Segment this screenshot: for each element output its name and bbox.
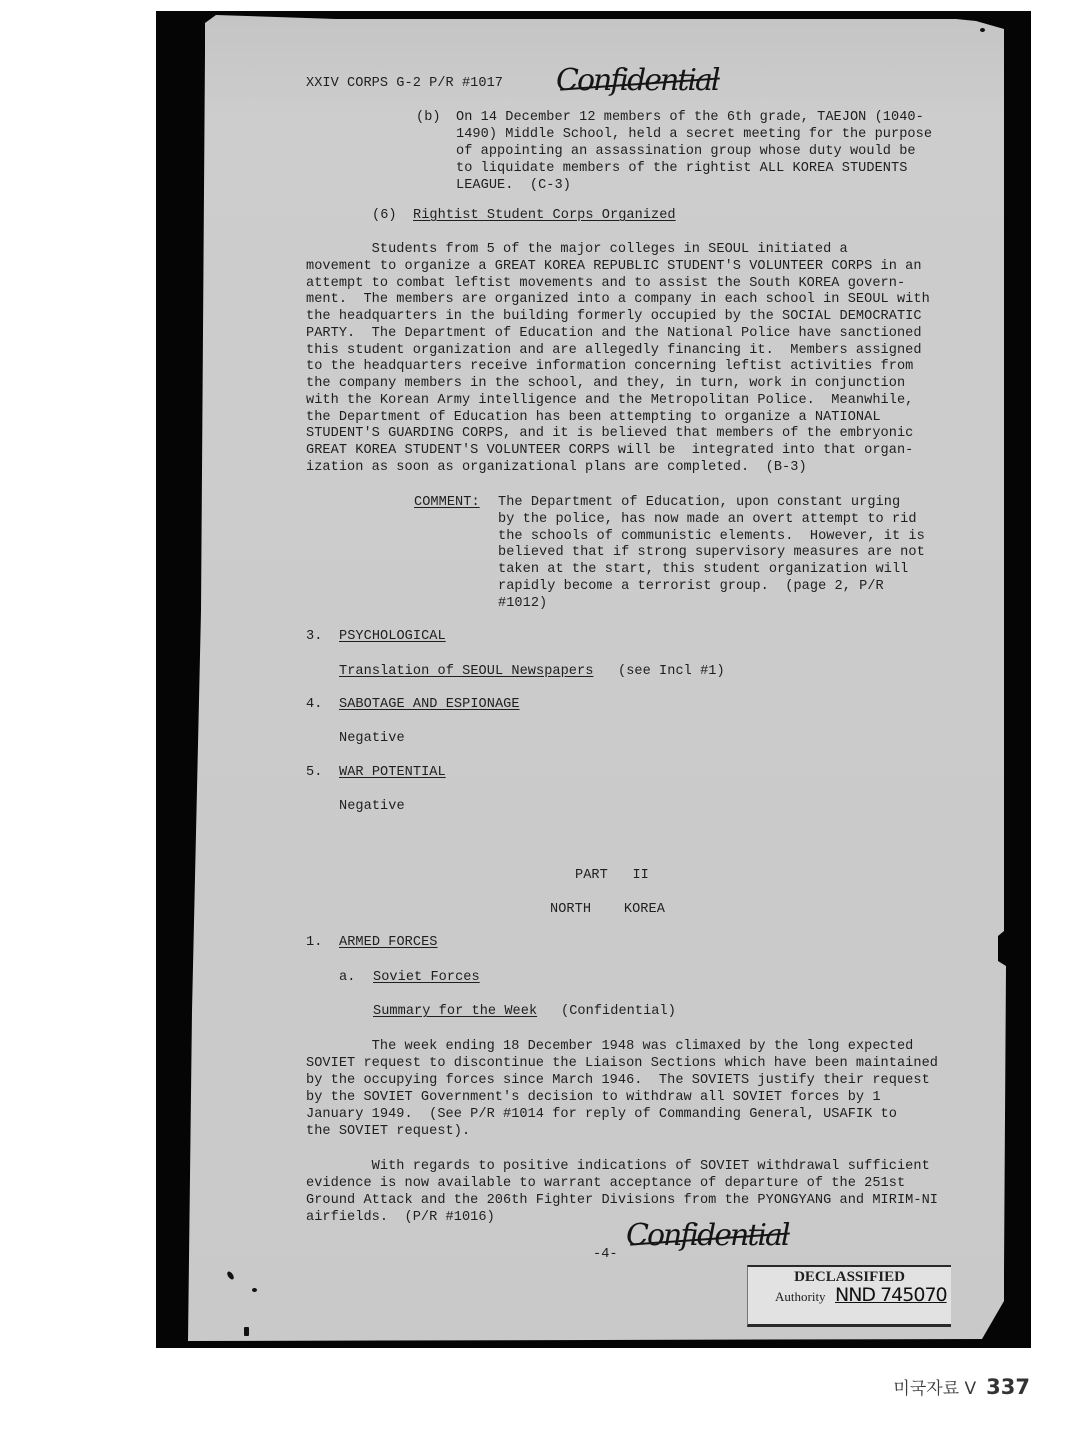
book-title: 미국자료 V [893,1379,976,1399]
armed-forces-title: ARMED FORCES [339,935,438,952]
text-line: #1012) [498,596,547,613]
book-footer: 미국자료 V337 [893,1374,1030,1399]
section-4-number: 4. [306,697,322,714]
part-subheading: NORTH KOREA [550,902,665,919]
summary-title: Summary for the Week [373,1004,537,1021]
text-line: movement to organize a GREAT KOREA REPUB… [306,259,922,276]
scan-speck [980,28,985,32]
text-line: ization as soon as organizational plans … [306,460,807,477]
section-4-body: Negative [339,731,405,748]
header-reference: XXIV CORPS G-2 P/R #1017 [306,76,503,93]
armed-forces-number: 1. [306,935,322,952]
declassified-stamp: DECLASSIFIED Authority NND 745070 [747,1265,951,1327]
section-5-title: WAR POTENTIAL [339,765,446,782]
text-line: the headquarters in the building formerl… [306,309,922,326]
text-line: taken at the start, this student organiz… [498,562,908,579]
scan-speck [226,1270,235,1280]
scan-speck [252,1288,257,1292]
text-line: attempt to combat leftist movements and … [306,276,905,293]
soviet-forces-title: Soviet Forces [373,970,480,987]
text-line: The Department of Education, upon consta… [498,495,900,512]
text-line: Ground Attack and the 206th Fighter Divi… [306,1193,938,1210]
comment-label: COMMENT: [414,495,480,512]
section-3-note: (see Incl #1) [618,664,725,681]
section-3-title: PSYCHOLOGICAL [339,629,446,646]
text-line: the company members in the school, and t… [306,376,905,393]
scan-speck [244,1327,249,1336]
text-line: The week ending 18 December 1948 was cli… [306,1039,913,1056]
text-line: January 1949. (See P/R #1014 for reply o… [306,1107,897,1124]
text-line: evidence is now available to warrant acc… [306,1176,905,1193]
item-6-title: Rightist Student Corps Organized [413,208,676,225]
scanned-document: XXIV CORPS G-2 P/R #1017 Confidential (b… [156,11,1031,1348]
text-line: believed that if strong supervisory meas… [498,545,925,562]
text-line: ment. The members are organized into a c… [306,292,930,309]
section-5-body: Negative [339,799,405,816]
stamp-authority-value: NND 745070 [835,1284,947,1306]
text-line: the schools of communistic elements. How… [498,529,925,546]
text-line: the SOVIET request). [306,1124,470,1141]
text-line: by the SOVIET Government's decision to w… [306,1090,881,1107]
section-4-title: SABOTAGE AND ESPIONAGE [339,697,520,714]
text-line: STUDENT'S GUARDING CORPS, and it is beli… [306,426,913,443]
section-3-subtitle: Translation of SEOUL Newspapers [339,664,593,681]
text-line: GREAT KOREA STUDENT'S VOLUNTEER CORPS wi… [306,443,913,460]
confidential-handwriting-bottom: Confidential [626,1218,788,1253]
text-line: PARTY. The Department of Education and t… [306,326,922,343]
part-heading: PART II [575,868,649,885]
text-line: by the occupying forces since March 1946… [306,1073,930,1090]
item-6-label: (6) [372,208,397,225]
text-line: rapidly become a terrorist group. (page … [498,579,884,596]
text-line: Students from 5 of the major colleges in… [306,242,848,259]
text-line: to the headquarters receive information … [306,359,913,376]
page-number: -4- [593,1247,618,1264]
text-line: airfields. (P/R #1016) [306,1210,495,1227]
stamp-authority-label: Authority [775,1289,826,1305]
text-line: SOVIET request to discontinue the Liaiso… [306,1056,938,1073]
text-line: with the Korean Army intelligence and th… [306,393,913,410]
text-line: this student organization and are allege… [306,343,922,360]
confidential-handwriting-top: Confidential [556,63,718,98]
book-page-number: 337 [986,1375,1030,1399]
summary-note: (Confidential) [561,1004,676,1021]
text-line: by the police, has now made an overt att… [498,512,917,529]
section-5-number: 5. [306,765,322,782]
paper-page: XXIV CORPS G-2 P/R #1017 Confidential (b… [156,11,1031,1348]
text-line: the Department of Education has been att… [306,410,881,427]
section-3-number: 3. [306,629,322,646]
soviet-forces-label: a. [339,970,355,987]
text-line: With regards to positive indications of … [306,1159,930,1176]
item-b-label: (b) [416,110,441,127]
